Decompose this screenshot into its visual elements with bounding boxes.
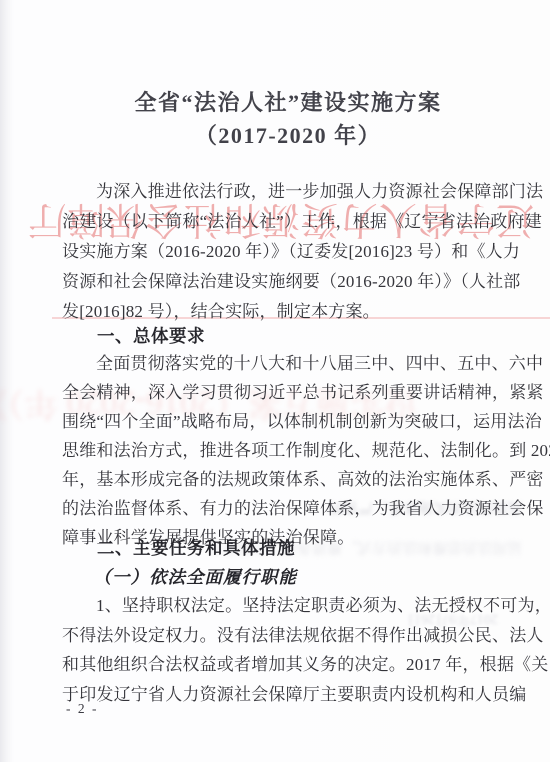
- document-title-line2: （2017-2020 年）: [62, 119, 514, 152]
- body-line: 全面贯彻落实党的十八大和十八届三中、四中、五中、六中: [62, 349, 514, 378]
- document-title-line1: 全省“法治人社”建设实施方案: [62, 86, 514, 119]
- item-1-paragraph: 1、坚持职权法定。坚持法定职责必须为、法无授权不可为， 不得法外设定权力。没有法…: [62, 591, 514, 709]
- sub-section-heading-1: （一）依法全面履行职能: [62, 562, 514, 592]
- document-title: 全省“法治人社”建设实施方案 （2017-2020 年）: [62, 86, 514, 152]
- body-line: 于印发辽宁省人力资源社会保障厅主要职责内设机构和人员编: [62, 680, 514, 710]
- document-page: 辽宁省人力资源和社会保障厅 设实施方案（2016-2020 年）》 高效的法治实…: [0, 0, 550, 762]
- page-number: - 2 -: [66, 701, 99, 717]
- body-line: 不得法外设定权力。没有法律法规依据不得作出减损公民、法人: [62, 621, 514, 651]
- body-line: 资源和社会保障法治建设实施纲要（2016-2020 年）》（人社部: [62, 267, 514, 297]
- body-line: 的法治监督体系、有力的法治保障体系，为我省人力资源社会保: [62, 494, 514, 523]
- body-line: 围绕“四个全面”战略布局，以体制机制创新为突破口，运用法治: [62, 407, 514, 436]
- body-line: 年，基本形成完备的法规政策体系、高效的法治实施体系、严密: [62, 465, 514, 494]
- body-line: 为深入推进依法行政，进一步加强人力资源社会保障部门法: [62, 177, 514, 207]
- body-line: 全会精神，深入学习贯彻习近平总书记系列重要讲话精神，紧紧: [62, 378, 514, 407]
- body-line: 设实施方案（2016-2020 年）》（辽委发[2016]23 号）和《人力: [62, 237, 514, 267]
- section-heading-2: 二、主要任务和具体措施: [62, 533, 514, 563]
- intro-paragraph: 为深入推进依法行政，进一步加强人力资源社会保障部门法 治建设（以下简称“法治人社…: [62, 177, 514, 327]
- body-line: 1、坚持职权法定。坚持法定职责必须为、法无授权不可为，: [62, 591, 514, 621]
- section-heading-1: 一、总体要求: [62, 321, 514, 351]
- body-line: 和其他组织合法权益或者增加其义务的决定。2017 年，根据《关: [62, 650, 514, 680]
- section-1-paragraph: 全面贯彻落实党的十八大和十八届三中、四中、五中、六中 全会精神，深入学习贯彻习近…: [62, 349, 514, 552]
- body-line: 思维和法治方式，推进各项工作制度化、规范化、法制化。到 2020: [62, 436, 514, 465]
- body-line: 治建设（以下简称“法治人社”）工作，根据《辽宁省法治政府建: [62, 207, 514, 237]
